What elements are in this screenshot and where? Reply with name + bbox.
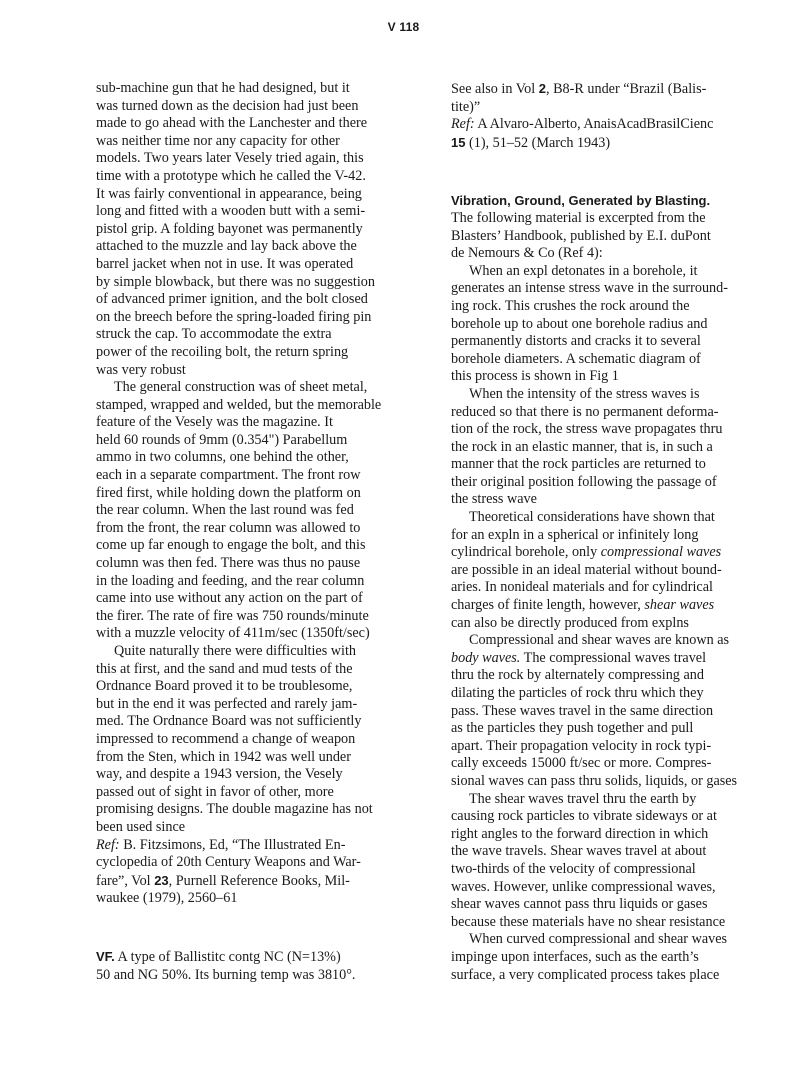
text-line: When an expl detonates in a borehole, it xyxy=(451,263,771,281)
entry-vibration-ground: Vibration, Ground, Generated by Blasting… xyxy=(451,192,771,984)
text-line: ing rock. This crushes the rock around t… xyxy=(451,298,771,316)
text-line: came into use without any action on the … xyxy=(96,590,412,608)
reference-alvaro-alberto: Ref: A Alvaro-Alberto, AnaisAcadBrasilCi… xyxy=(451,116,771,152)
entry-term-vf: VF. xyxy=(96,949,115,964)
text-line: can also be directly produced from expln… xyxy=(451,615,771,633)
text-line: right angles to the forward direction in… xyxy=(451,826,771,844)
text-line: struck the cap. To accommodate the extra xyxy=(96,326,412,344)
entry-text: A type of Ballistitc contg NC (N=13%) xyxy=(115,949,341,965)
text-line: Theoretical considerations have shown th… xyxy=(451,509,771,527)
ref-volume: 15 xyxy=(451,135,465,150)
text-line: tion of the rock, the stress wave propag… xyxy=(451,421,771,439)
text-line: on the breech before the spring-loaded f… xyxy=(96,309,412,327)
text-line: the wave travels. Shear waves travel at … xyxy=(451,843,771,861)
text-line: but in the end it was perfected and rare… xyxy=(96,696,412,714)
text-line: feature of the Vesely was the magazine. … xyxy=(96,414,412,432)
text-line: in the loading and feeding, and the rear… xyxy=(96,573,412,591)
text-fragment: charges of finite length, however, xyxy=(451,597,644,613)
text-line: two-thirds of the velocity of compressio… xyxy=(451,861,771,879)
text-line: The following material is excerpted from… xyxy=(451,210,771,228)
text-line: The shear waves travel thru the earth by xyxy=(451,791,771,809)
ref-text: B. Fitzsimons, Ed, “The Illustrated En- xyxy=(120,837,346,853)
text-line: borehole diameters. A schematic diagram … xyxy=(451,351,771,369)
text-line: Blasters’ Handbook, published by E.I. du… xyxy=(451,228,771,246)
text-line: because these materials have no shear re… xyxy=(451,914,771,932)
text-line: from the Sten, which in 1942 was well un… xyxy=(96,749,412,767)
text-line: causing rock particles to vibrate sidewa… xyxy=(451,808,771,826)
text-line: sub-machine gun that he had designed, bu… xyxy=(96,80,412,98)
text-line: the rear column. When the last round was… xyxy=(96,502,412,520)
text-line: sional waves can pass thru solids, liqui… xyxy=(451,773,771,791)
text-line: manner that the rock particles are retur… xyxy=(451,456,771,474)
text-line: med. The Ordnance Board was not sufficie… xyxy=(96,713,412,731)
ref-text: fare”, Vol xyxy=(96,873,154,889)
left-column: sub-machine gun that he had designed, bu… xyxy=(96,80,412,984)
text-line: come up far enough to engage the bolt, a… xyxy=(96,537,412,555)
text-line: attached to the muzzle and lay back abov… xyxy=(96,238,412,256)
page-number: V 118 xyxy=(0,20,807,34)
text-line: barrel jacket when not in use. It was op… xyxy=(96,256,412,274)
text-line: When curved compressional and shear wave… xyxy=(451,931,771,949)
text-line: of advanced primer ignition, and the bol… xyxy=(96,291,412,309)
ref-label: Ref: xyxy=(451,116,475,132)
ref-text: (1), 51–52 (March 1943) xyxy=(465,135,610,151)
text-line: aries. In nonideal materials and for cyl… xyxy=(451,579,771,597)
text-line: was very robust xyxy=(96,362,412,380)
text-fragment: cylindrical borehole, only xyxy=(451,544,601,560)
text-line: the rock in an elastic manner, that is, … xyxy=(451,439,771,457)
text-line: waukee (1979), 2560–61 xyxy=(96,890,412,908)
text-line: Compressional and shear waves are known … xyxy=(451,632,771,650)
text-line: surface, a very complicated process take… xyxy=(451,967,771,985)
text-line: promising designs. The double magazine h… xyxy=(96,801,412,819)
text-line: shear waves cannot pass thru liquids or … xyxy=(451,896,771,914)
text-line: tite)” xyxy=(451,99,771,117)
construction-paragraph: The general construction was of sheet me… xyxy=(96,379,412,643)
entry-vf: VF. A type of Ballistitc contg NC (N=13%… xyxy=(96,948,412,984)
text-line: are possible in an ideal material withou… xyxy=(451,562,771,580)
ref-volume: 23 xyxy=(154,873,168,888)
text-line: de Nemours & Co (Ref 4): xyxy=(451,245,771,263)
text-line: the firer. The rate of fire was 750 roun… xyxy=(96,608,412,626)
text-line: waves. However, unlike compressional wav… xyxy=(451,879,771,897)
reference-fitzsimons: Ref: B. Fitzsimons, Ed, “The Illustrated… xyxy=(96,837,412,908)
emphasis-term: compressional waves xyxy=(601,544,721,560)
ref-text: , Purnell Reference Books, Mil- xyxy=(169,873,350,889)
text-line: been used since xyxy=(96,819,412,837)
see-also-note: See also in Vol 2, B8-R under “Brazil (B… xyxy=(451,80,771,116)
right-column: See also in Vol 2, B8-R under “Brazil (B… xyxy=(451,80,771,984)
difficulties-paragraph: Quite naturally there were difficulties … xyxy=(96,643,412,837)
text-line: time with a prototype which he called th… xyxy=(96,168,412,186)
ref-text: A Alvaro-Alberto, AnaisAcadBrasilCienc xyxy=(475,116,714,132)
text-line: was neither time nor any capacity for ot… xyxy=(96,133,412,151)
text-line: impinge upon interfaces, such as the ear… xyxy=(451,949,771,967)
emphasis-term: body waves. xyxy=(451,650,520,666)
text-line: for an expln in a spherical or infinitel… xyxy=(451,527,771,545)
text-line: passed out of sight in favor of other, m… xyxy=(96,784,412,802)
text-line: Quite naturally there were difficulties … xyxy=(96,643,412,661)
text-line: column was then fed. There was thus no p… xyxy=(96,555,412,573)
text-line: as the particles they push together and … xyxy=(451,720,771,738)
text-line: stamped, wrapped and welded, but the mem… xyxy=(96,397,412,415)
text-line: It was fairly conventional in appearance… xyxy=(96,186,412,204)
entry-title: Vibration, Ground, Generated by Blasting… xyxy=(451,192,771,210)
text-line: fired first, while holding down the plat… xyxy=(96,485,412,503)
text-line: power of the recoiling bolt, the return … xyxy=(96,344,412,362)
text-line: by simple blowback, but there was no sug… xyxy=(96,274,412,292)
text-line: models. Two years later Vesely tried aga… xyxy=(96,150,412,168)
see-also-volume: 2 xyxy=(539,81,546,96)
text-line: pass. These waves travel in the same dir… xyxy=(451,703,771,721)
text-line: reduced so that there is no permanent de… xyxy=(451,404,771,422)
text-line: thru the rock by alternately compressing… xyxy=(451,667,771,685)
text-line: permanently distorts and cracks it to se… xyxy=(451,333,771,351)
text-line: this process is shown in Fig 1 xyxy=(451,368,771,386)
text-line: pistol grip. A folding bayonet was perma… xyxy=(96,221,412,239)
text-line: their original position following the pa… xyxy=(451,474,771,492)
ref-label: Ref: xyxy=(96,837,120,853)
text-line: held 60 rounds of 9mm (0.354") Parabellu… xyxy=(96,432,412,450)
text-line: dilating the particles of rock thru whic… xyxy=(451,685,771,703)
text-line: The general construction was of sheet me… xyxy=(96,379,412,397)
text-line: was turned down as the decision had just… xyxy=(96,98,412,116)
emphasis-term: shear waves xyxy=(644,597,714,613)
text-line: ammo in two columns, one behind the othe… xyxy=(96,449,412,467)
text-line: the stress wave xyxy=(451,491,771,509)
text-line: with a muzzle velocity of 411m/sec (1350… xyxy=(96,625,412,643)
text-line: from the front, the rear column was allo… xyxy=(96,520,412,538)
text-line: apart. Their propagation velocity in roc… xyxy=(451,738,771,756)
text-line: this at first, and the sand and mud test… xyxy=(96,661,412,679)
text-line: impressed to recommend a change of weapo… xyxy=(96,731,412,749)
text-line: generates an intense stress wave in the … xyxy=(451,280,771,298)
text-line: way, and despite a 1943 version, the Ves… xyxy=(96,766,412,784)
text-line: made to go ahead with the Lanchester and… xyxy=(96,115,412,133)
text-line: 50 and NG 50%. Its burning temp was 3810… xyxy=(96,967,412,985)
text-fragment: The compressional waves travel xyxy=(520,650,706,666)
text-line: cyclopedia of 20th Century Weapons and W… xyxy=(96,854,412,872)
text-line: each in a separate compartment. The fron… xyxy=(96,467,412,485)
text-line: When the intensity of the stress waves i… xyxy=(451,386,771,404)
see-also-text: , B8-R under “Brazil (Balis- xyxy=(546,81,706,97)
vesely-continuation-paragraph: sub-machine gun that he had designed, bu… xyxy=(96,80,412,379)
text-line: Ordnance Board proved it to be troubleso… xyxy=(96,678,412,696)
text-line: long and fitted with a wooden butt with … xyxy=(96,203,412,221)
text-line: cally exceeds 15000 ft/sec or more. Comp… xyxy=(451,755,771,773)
text-line: borehole up to about one borehole radius… xyxy=(451,316,771,334)
see-also-text: See also in Vol xyxy=(451,81,539,97)
